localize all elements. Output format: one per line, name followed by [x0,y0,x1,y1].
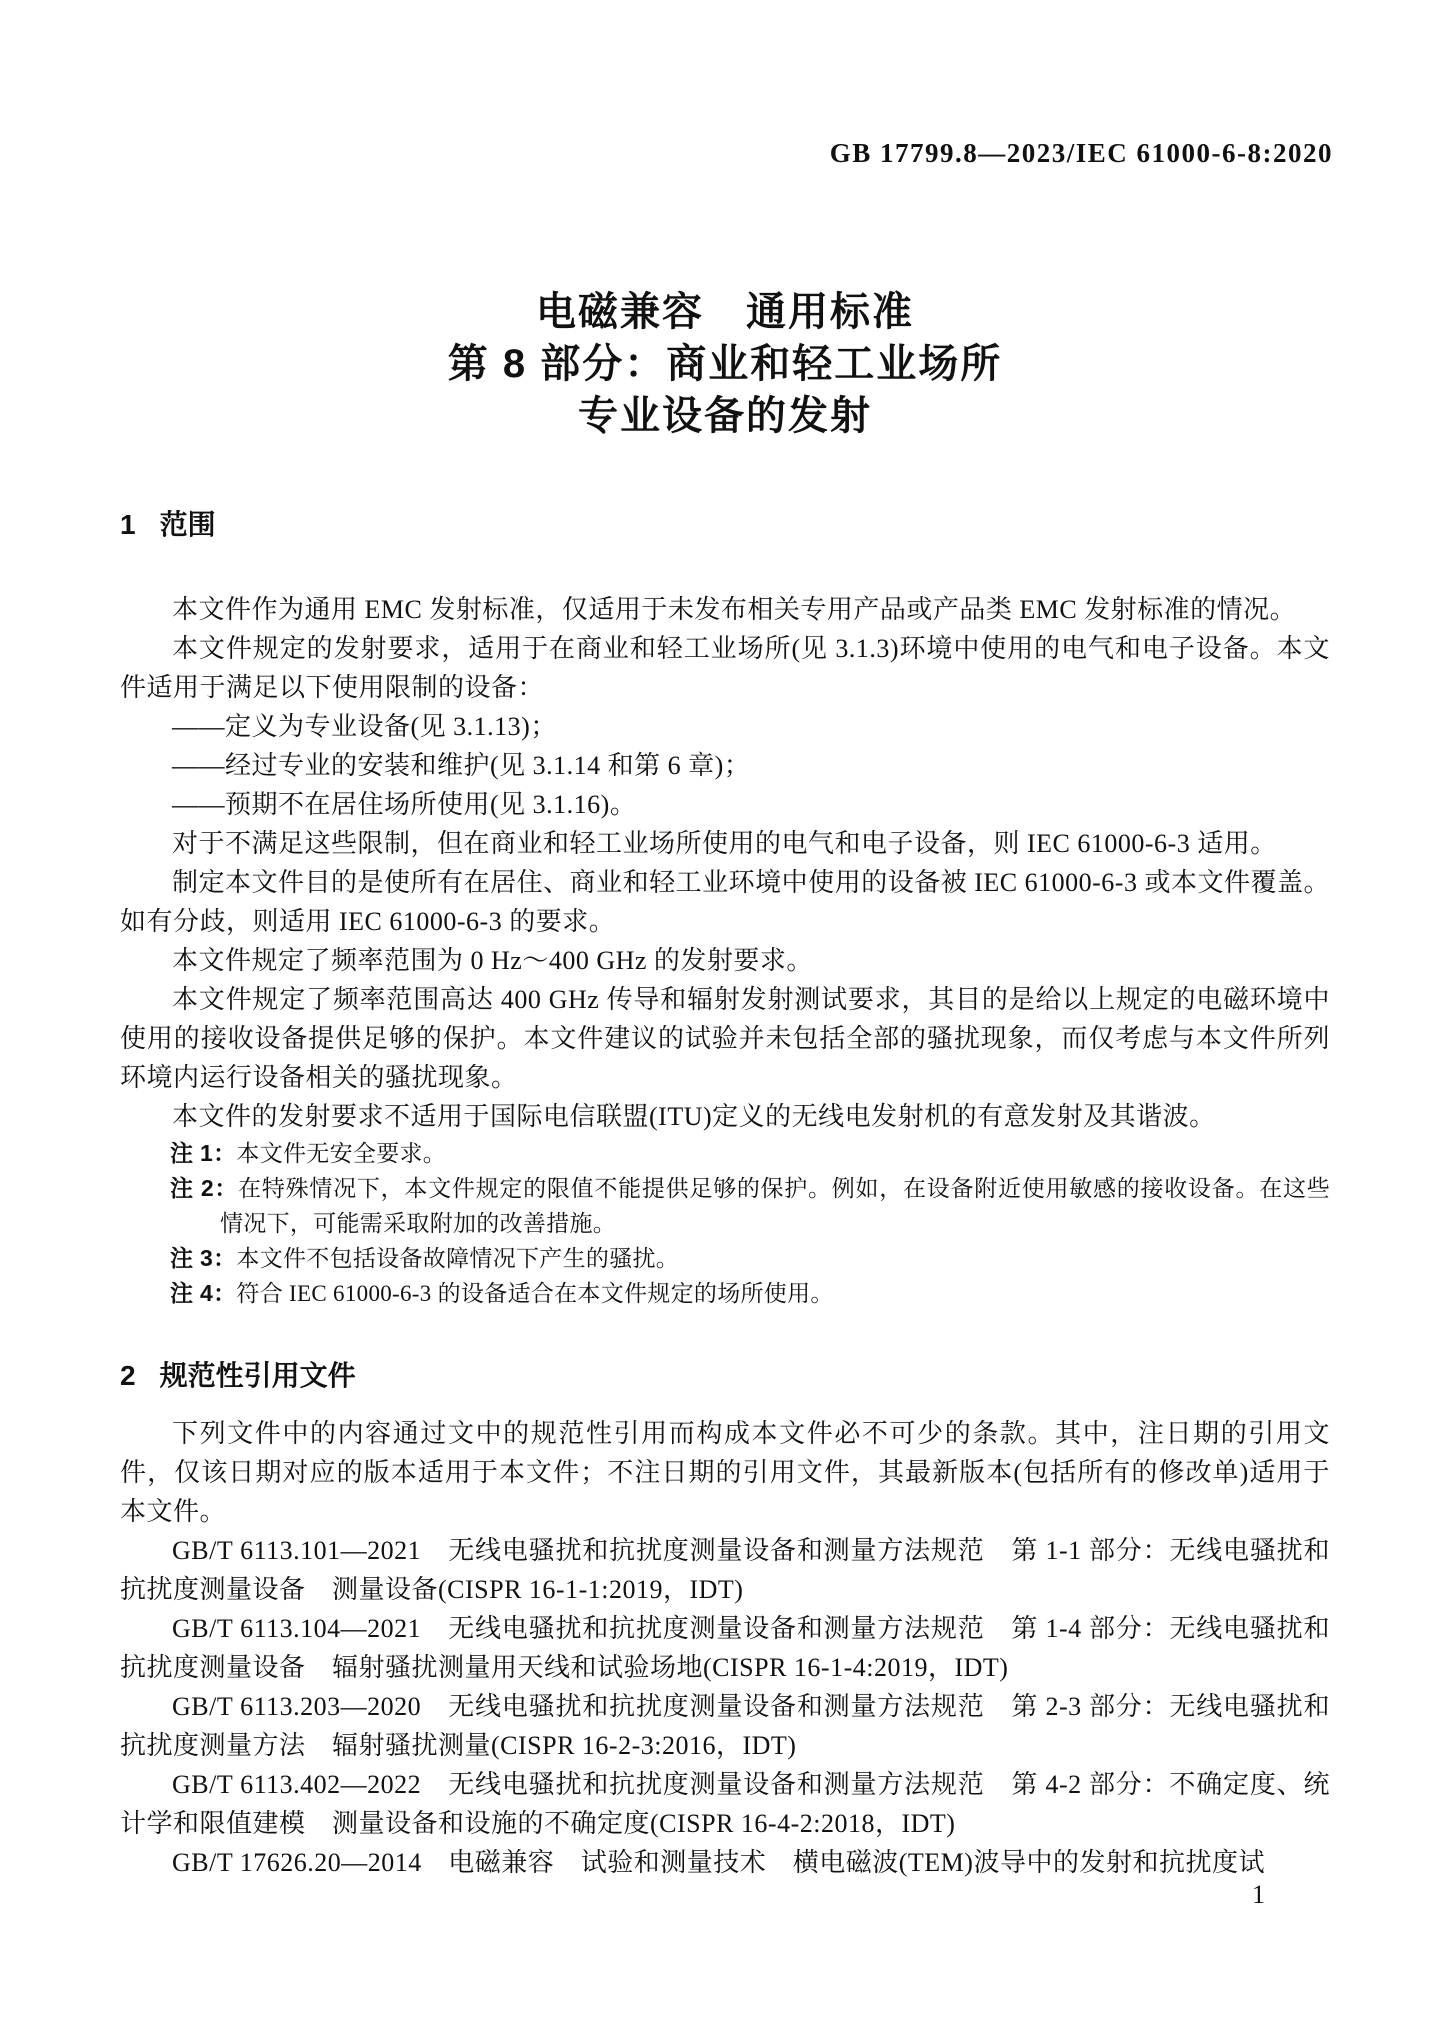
document-title-line-3: 专业设备的发射 [120,390,1330,442]
section-2-number: 2 [120,1360,136,1391]
note-4-text: 符合 IEC 61000-6-3 的设备适合在本文件规定的场所使用。 [236,1281,833,1306]
standard-number-header: GB 17799.8—2023/IEC 61000-6-8:2020 [830,138,1333,169]
document-title-line-1: 电磁兼容 通用标准 [120,286,1330,338]
note-4-label: 注 4： [170,1280,236,1306]
document-body: 1范围 本文件作为通用 EMC 发射标准，仅适用于未发布相关专用产品或产品类 E… [120,505,1330,1882]
document-page: GB 17799.8—2023/IEC 61000-6-8:2020 电磁兼容 … [0,0,1445,2044]
note-1-label: 注 1： [170,1140,236,1166]
note-1-text: 本文件无安全要求。 [236,1141,446,1166]
document-title: 电磁兼容 通用标准 第 8 部分：商业和轻工业场所 专业设备的发射 [120,286,1330,442]
section-1-dash-item-3: ——预期不在居住场所使用(见 3.1.16)。 [120,785,1330,824]
section-1-title: 范围 [160,509,216,540]
section-1-paragraph-7: 本文件的发射要求不适用于国际电信联盟(ITU)定义的无线电发射机的有意发射及其谐… [120,1097,1330,1136]
section-2-intro: 下列文件中的内容通过文中的规范性引用而构成本文件必不可少的条款。其中，注日期的引… [120,1414,1330,1531]
reference-item-4: GB/T 6113.402—2022 无线电骚扰和抗扰度测量设备和测量方法规范 … [120,1765,1330,1843]
section-1-paragraph-3: 对于不满足这些限制，但在商业和轻工业场所使用的电气和电子设备，则 IEC 610… [120,824,1330,863]
note-3-label: 注 3： [170,1245,236,1271]
section-1-paragraph-4: 制定本文件目的是使所有在居住、商业和轻工业环境中使用的设备被 IEC 61000… [120,863,1330,941]
note-2-text: 在特殊情况下，本文件规定的限值不能提供足够的保护。例如，在设备附近使用敏感的接收… [220,1176,1330,1236]
page-number: 1 [1252,1880,1265,1910]
section-1-note-3: 注 3：本文件不包括设备故障情况下产生的骚扰。 [120,1241,1330,1276]
section-1-paragraph-1: 本文件作为通用 EMC 发射标准，仅适用于未发布相关专用产品或产品类 EMC 发… [120,590,1330,629]
section-2-title: 规范性引用文件 [160,1360,356,1391]
note-2-label: 注 2： [170,1175,238,1201]
section-1-note-1: 注 1：本文件无安全要求。 [120,1136,1330,1171]
reference-item-2: GB/T 6113.104—2021 无线电骚扰和抗扰度测量设备和测量方法规范 … [120,1609,1330,1687]
section-1-dash-item-2: ——经过专业的安装和维护(见 3.1.14 和第 6 章)； [120,746,1330,785]
section-1-heading: 1范围 [120,505,1330,545]
note-3-text: 本文件不包括设备故障情况下产生的骚扰。 [236,1246,679,1271]
document-title-line-2: 第 8 部分：商业和轻工业场所 [120,338,1330,390]
section-1-paragraph-2: 本文件规定的发射要求，适用于在商业和轻工业场所(见 3.1.3)环境中使用的电气… [120,629,1330,707]
reference-item-1: GB/T 6113.101—2021 无线电骚扰和抗扰度测量设备和测量方法规范 … [120,1531,1330,1609]
reference-item-3: GB/T 6113.203—2020 无线电骚扰和抗扰度测量设备和测量方法规范 … [120,1687,1330,1765]
reference-item-5: GB/T 17626.20—2014 电磁兼容 试验和测量技术 横电磁波(TEM… [120,1843,1330,1882]
section-2-heading: 2规范性引用文件 [120,1356,1330,1396]
section-1-note-4: 注 4：符合 IEC 61000-6-3 的设备适合在本文件规定的场所使用。 [120,1276,1330,1311]
section-1-note-2: 注 2：在特殊情况下，本文件规定的限值不能提供足够的保护。例如，在设备附近使用敏… [120,1171,1330,1241]
section-1-paragraph-6: 本文件规定了频率范围高达 400 GHz 传导和辐射发射测试要求，其目的是给以上… [120,980,1330,1097]
section-1-paragraph-5: 本文件规定了频率范围为 0 Hz～400 GHz 的发射要求。 [120,941,1330,980]
section-1-dash-item-1: ——定义为专业设备(见 3.1.13)； [120,707,1330,746]
section-1-number: 1 [120,509,136,540]
